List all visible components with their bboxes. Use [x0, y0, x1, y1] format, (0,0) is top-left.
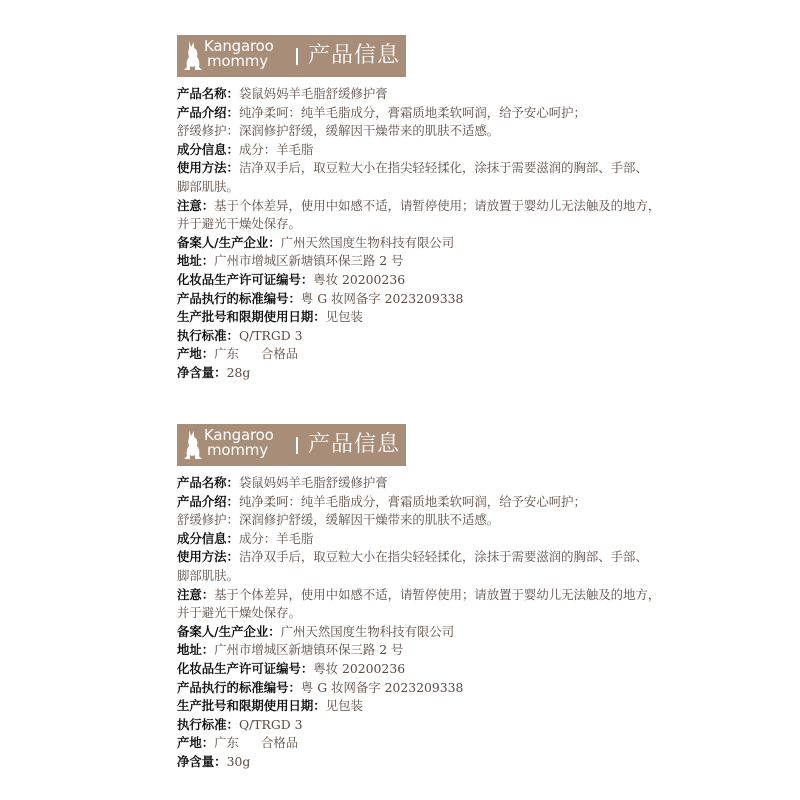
- row-net-weight: 净含量：30g: [177, 753, 697, 772]
- row-company: 备案人/生产企业：广州天然国度生物科技有限公司: [177, 234, 697, 253]
- row-standard: 执行标准：Q/TRGD 3: [177, 716, 697, 735]
- row-license: 化妆品生产许可证编号：粤妆 20200236: [177, 660, 697, 679]
- banner-title: 产品信息: [308, 42, 400, 70]
- row-batch: 生产批号和限期使用日期：见包装: [177, 697, 697, 716]
- brand-name: Kangaroo mommy: [204, 39, 274, 69]
- row-usage-cont: 脚部肌肤。: [177, 178, 697, 197]
- row-caution: 注意：基于个体差异，使用中如感不适，请暂停使用；请放置于婴幼儿无法触及的地方，: [177, 197, 697, 216]
- row-standard-no: 产品执行的标准编号：粤 G 妆网备字 2023209338: [177, 679, 697, 698]
- info-list: 产品名称：袋鼠妈妈羊毛脂舒缓修护膏 产品介绍：纯净柔呵：纯羊毛脂成分，膏霜质地柔…: [177, 474, 697, 772]
- row-license: 化妆品生产许可证编号：粤妆 20200236: [177, 271, 697, 290]
- row-standard-no: 产品执行的标准编号：粤 G 妆网备字 2023209338: [177, 290, 697, 309]
- row-batch: 生产批号和限期使用日期：见包装: [177, 308, 697, 327]
- row-usage: 使用方法：洁净双手后，取豆粒大小在指尖轻轻揉化，涂抹于需要滋润的胸部、手部、: [177, 548, 697, 567]
- banner-title: 产品信息: [308, 431, 400, 459]
- kangaroo-logo-icon: [183, 428, 203, 462]
- row-ingredients: 成分信息：成分：羊毛脂: [177, 530, 697, 549]
- brand-line-2: mommy: [204, 443, 274, 458]
- brand-line-2: mommy: [204, 54, 274, 69]
- row-address: 地址：广州市增城区新塘镇环保三路 2 号: [177, 641, 697, 660]
- brand-banner: Kangaroo mommy 产品信息: [177, 35, 406, 77]
- row-soothe: 舒缓修护：深润修护舒缓，缓解因干燥带来的肌肤不适感。: [177, 511, 697, 530]
- row-origin: 产地：广东合格品: [177, 734, 697, 753]
- row-net-weight: 净含量：28g: [177, 364, 697, 383]
- row-caution: 注意：基于个体差异，使用中如感不适，请暂停使用；请放置于婴幼儿无法触及的地方，: [177, 586, 697, 605]
- row-usage: 使用方法：洁净双手后，取豆粒大小在指尖轻轻揉化，涂抹于需要滋润的胸部、手部、: [177, 159, 697, 178]
- brand-name: Kangaroo mommy: [204, 428, 274, 458]
- row-usage-cont: 脚部肌肤。: [177, 567, 697, 586]
- row-caution-cont: 并于避光干燥处保存。: [177, 215, 697, 234]
- row-origin: 产地：广东合格品: [177, 345, 697, 364]
- row-ingredients: 成分信息：成分：羊毛脂: [177, 141, 697, 160]
- banner-divider: [296, 48, 298, 65]
- row-company: 备案人/生产企业：广州天然国度生物科技有限公司: [177, 623, 697, 642]
- row-standard: 执行标准：Q/TRGD 3: [177, 327, 697, 346]
- row-address: 地址：广州市增城区新塘镇环保三路 2 号: [177, 252, 697, 271]
- qualified-badge: 合格品: [261, 346, 298, 361]
- product-info-section-2: Kangaroo mommy 产品信息 产品名称：袋鼠妈妈羊毛脂舒缓修护膏 产品…: [177, 424, 697, 772]
- banner-divider: [296, 437, 298, 454]
- brand-banner: Kangaroo mommy 产品信息: [177, 424, 406, 466]
- kangaroo-logo-icon: [183, 39, 203, 73]
- row-product-name: 产品名称：袋鼠妈妈羊毛脂舒缓修护膏: [177, 474, 697, 493]
- row-product-intro: 产品介绍：纯净柔呵：纯羊毛脂成分，膏霜质地柔软呵润，给予安心呵护；: [177, 104, 697, 123]
- qualified-badge: 合格品: [261, 735, 298, 750]
- row-soothe: 舒缓修护：深润修护舒缓，缓解因干燥带来的肌肤不适感。: [177, 122, 697, 141]
- row-product-intro: 产品介绍：纯净柔呵：纯羊毛脂成分，膏霜质地柔软呵润，给予安心呵护；: [177, 493, 697, 512]
- product-info-section-1: Kangaroo mommy 产品信息 产品名称：袋鼠妈妈羊毛脂舒缓修护膏 产品…: [177, 35, 697, 383]
- row-product-name: 产品名称：袋鼠妈妈羊毛脂舒缓修护膏: [177, 85, 697, 104]
- row-caution-cont: 并于避光干燥处保存。: [177, 604, 697, 623]
- info-list: 产品名称：袋鼠妈妈羊毛脂舒缓修护膏 产品介绍：纯净柔呵：纯羊毛脂成分，膏霜质地柔…: [177, 85, 697, 383]
